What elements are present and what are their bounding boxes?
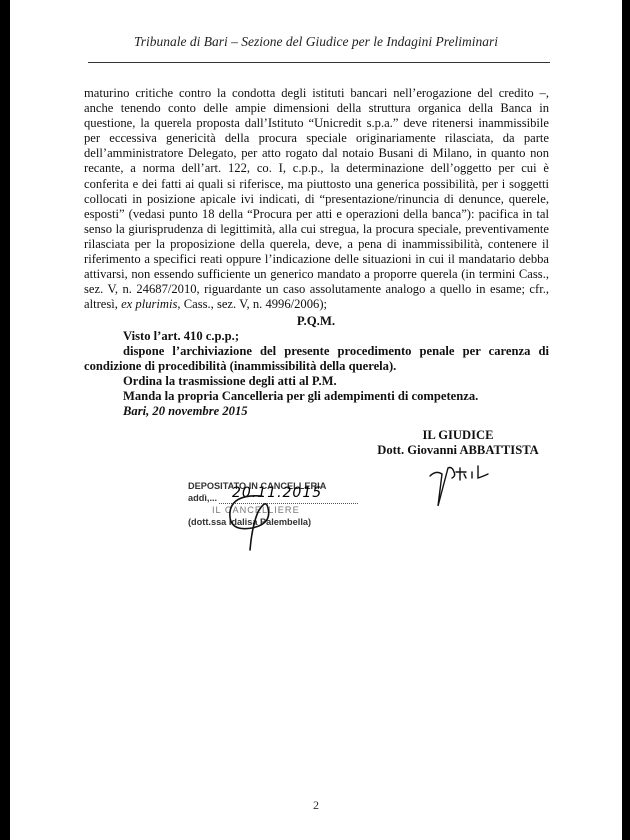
pqm-heading: P.Q.M. [10,314,622,329]
page-number: 2 [10,798,622,813]
stamp-signature-loop-icon [222,492,292,552]
header-rule [88,62,550,63]
decision-ordina: Ordina la trasmissione degli atti al P.M… [84,374,549,389]
judge-role: IL GIUDICE [358,428,558,443]
decision-manda: Manda la propria Cancelleria per gli ade… [84,389,549,404]
judge-signature-block: IL GIUDICE Dott. Giovanni ABBATTISTA [358,428,558,458]
body-paragraph: maturino critiche contro la condotta deg… [84,86,549,312]
page-header-title: Tribunale di Bari – Sezione del Giudice … [10,34,622,50]
stamp-addi-label: addì,... [188,492,217,504]
decision-date: Bari, 20 novembre 2015 [84,404,549,419]
judge-name: Dott. Giovanni ABBATTISTA [358,443,558,458]
decision-visto: Visto l’art. 410 c.p.p.; [84,329,549,344]
body-text-end: , Cass., sez. V, n. 4996/2006); [177,297,327,311]
decision-dispone: dispone l’archiviazione del presente pro… [84,344,549,359]
handwritten-signature-icon [428,462,518,512]
document-page: Tribunale di Bari – Sezione del Giudice … [10,0,622,840]
body-text-italic: ex plurimis [121,297,177,311]
decision-block: Visto l’art. 410 c.p.p.; dispone l’archi… [84,329,549,420]
decision-dispone-continued: condizione di procedibilità (inammissibi… [84,359,549,374]
body-text-main: maturino critiche contro la condotta deg… [84,86,549,311]
